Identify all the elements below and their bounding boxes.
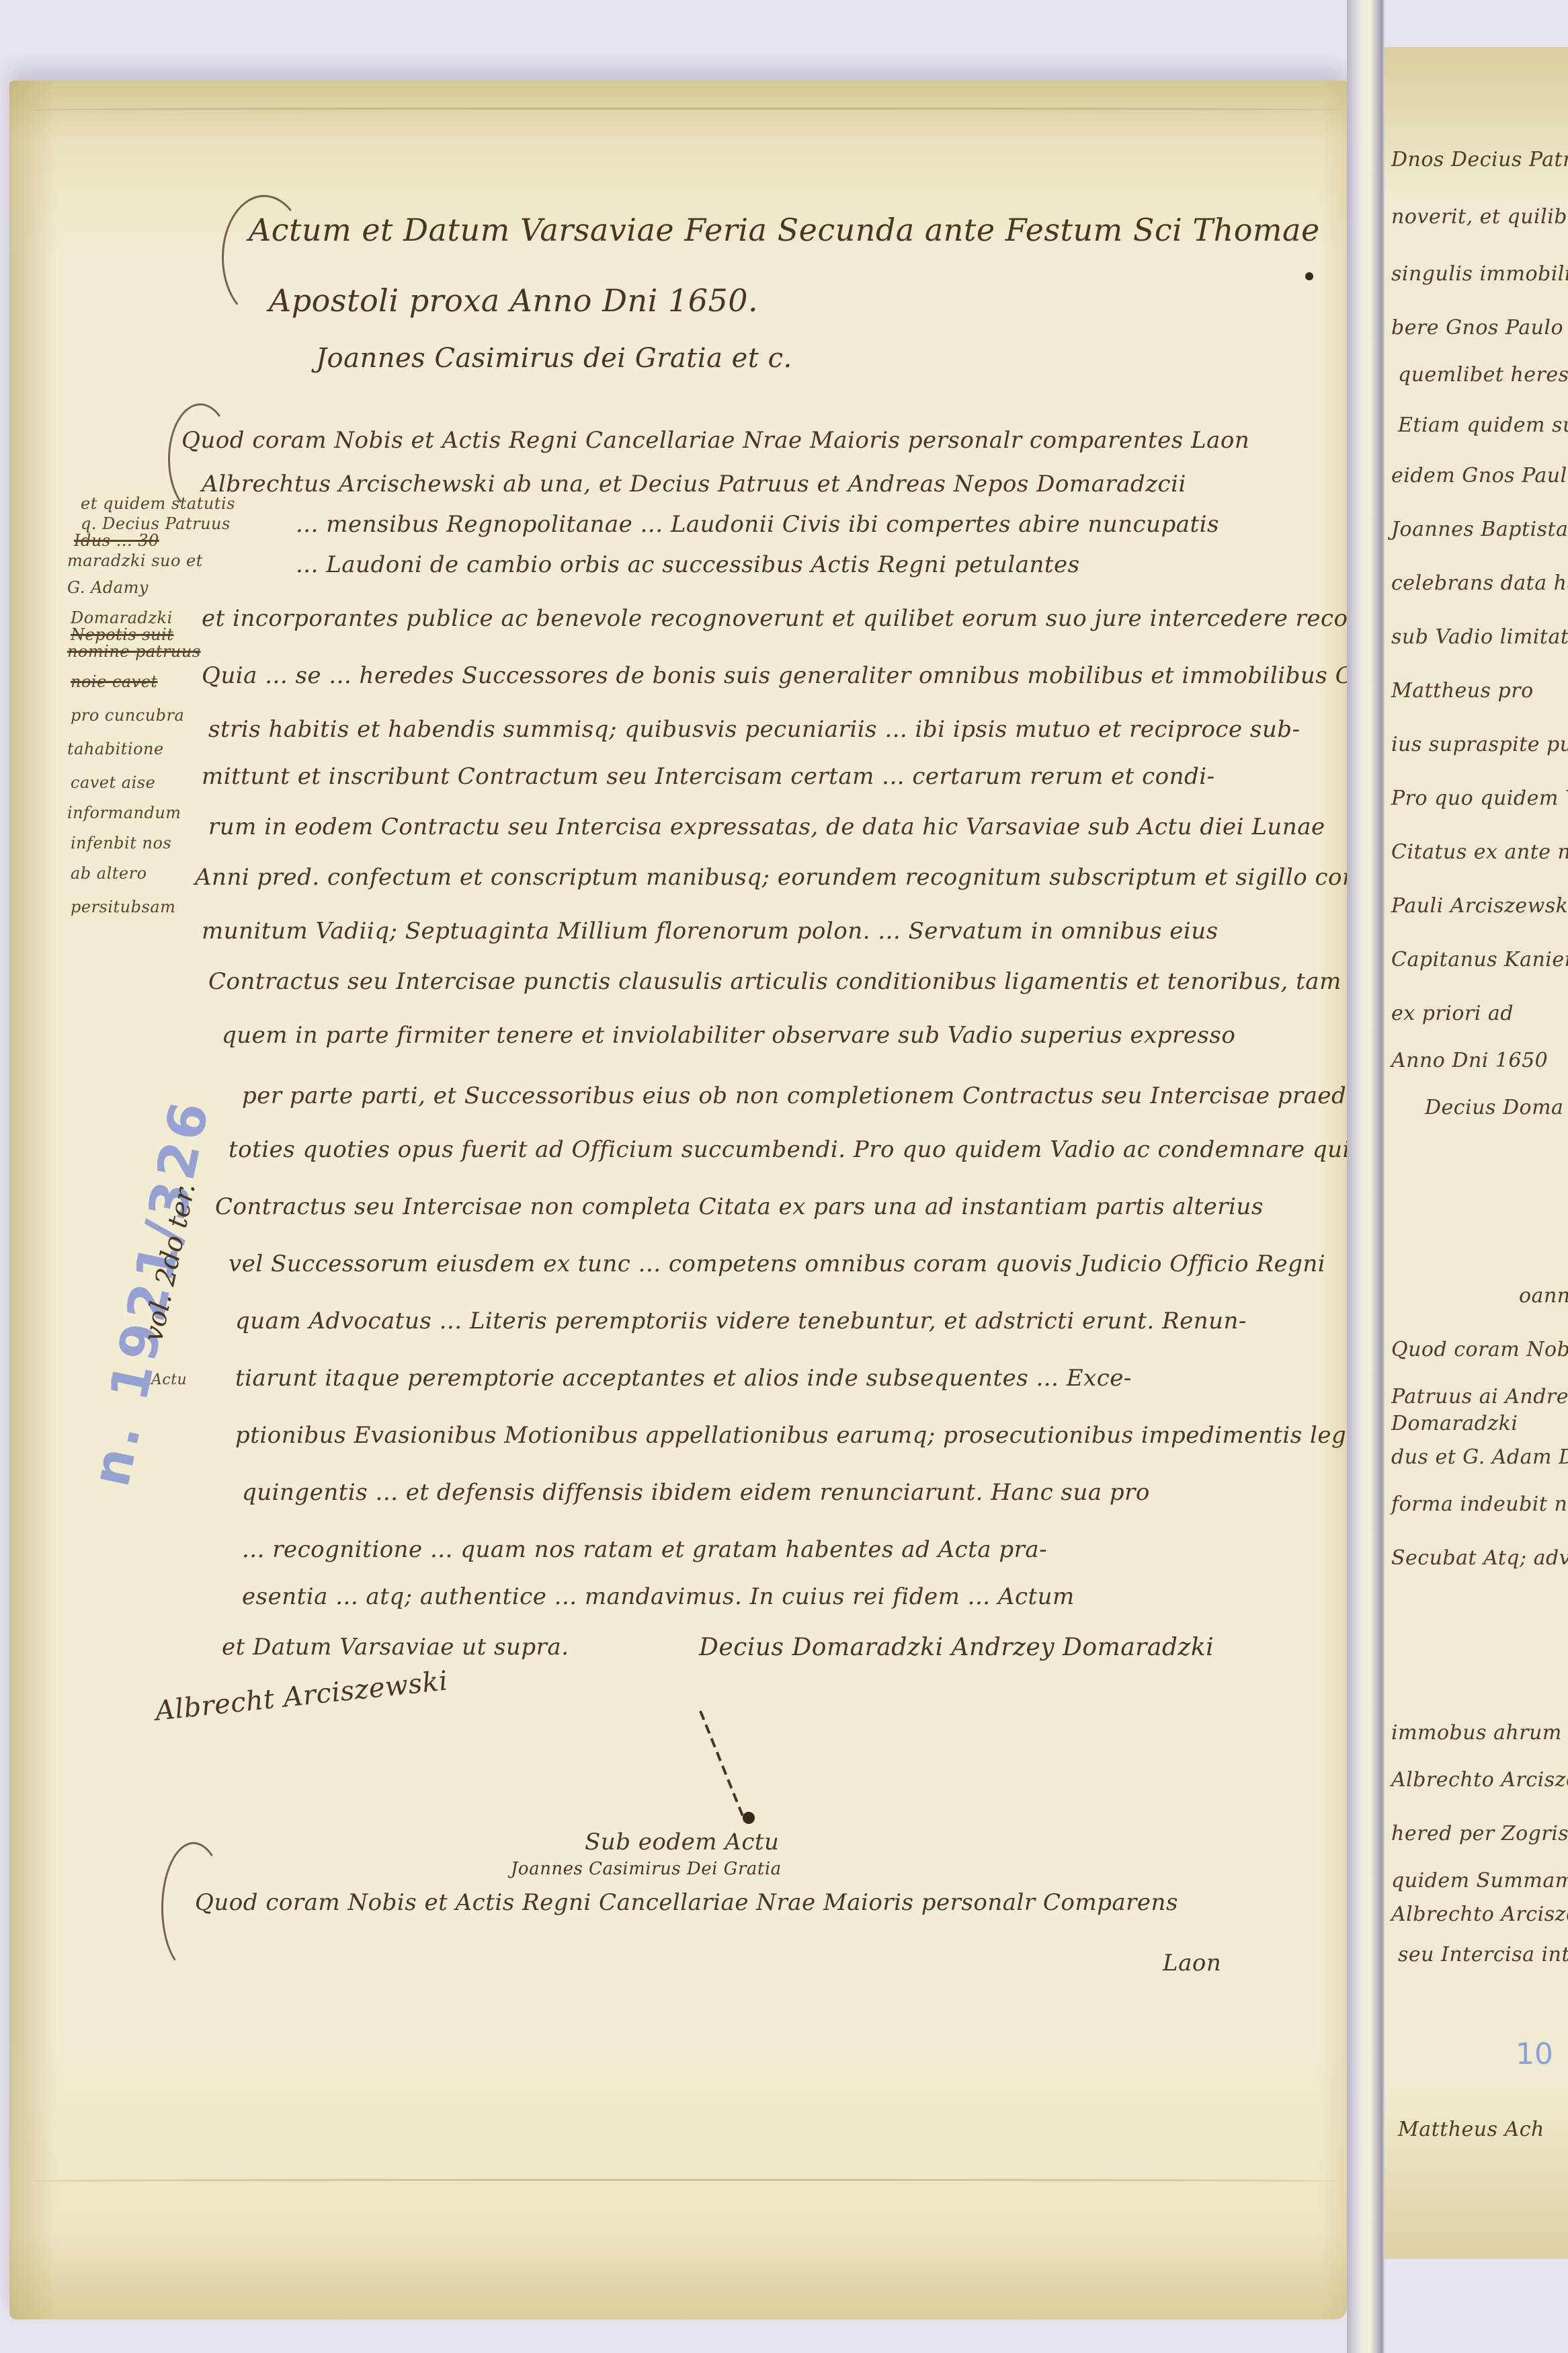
margin-note: infenbit nos (71, 834, 171, 852)
body-line: quem in parte firmiter tenere et inviola… (222, 1022, 1235, 1049)
facing-line: quemlibet heres pert (1398, 363, 1568, 387)
entry-heading-line-1: Actum et Datum Varsaviae Feria Secunda a… (249, 212, 1320, 248)
body-line: et Datum Varsaviae ut supra. (222, 1634, 569, 1661)
facing-blue-mark: 10 (1516, 2037, 1553, 2071)
body-line: ... recognitione ... quam nos ratam et g… (242, 1536, 1047, 1563)
body-line: stris habitis et habendis summisq; quibu… (208, 716, 1301, 743)
facing-line: forma indeubit noe (1391, 1492, 1568, 1516)
margin-note: ab altero (71, 864, 147, 883)
margin-note: G. Adamy (67, 578, 149, 597)
facing-line: oanne (1519, 1284, 1568, 1308)
margin-note: et quidem statutis (81, 494, 235, 513)
entry-heading-line-3: Joannes Casimirus dei Gratia et c. (316, 343, 792, 374)
facing-line: Patruus ai Andrea (1391, 1385, 1568, 1408)
facing-line: celebrans data habere (1391, 571, 1568, 595)
facing-line: sub Vadio limitatum (1391, 625, 1568, 649)
initial-q-flourish-2 (161, 1842, 226, 1974)
facing-line: Etiam quidem summa (1398, 413, 1568, 437)
facing-line: Quod coram Nobis et (1391, 1338, 1568, 1361)
facing-line: ex priori ad (1391, 1002, 1514, 1025)
facing-line: Domaradzki (1391, 1412, 1518, 1435)
margin-note-struck: Idus ... 30 (74, 531, 159, 550)
second-entry-subheading: Sub eodem Actu (585, 1829, 779, 1856)
body-line: et incorporantes publice ac benevole rec… (202, 605, 1422, 632)
body-line: rum in eodem Contractu seu Intercisa exp… (208, 813, 1325, 840)
second-entry-interlinear: Joannes Casimirus Dei Gratia (511, 1859, 782, 1879)
ink-dot (1305, 272, 1313, 280)
margin-note: Domaradzki (71, 608, 173, 627)
facing-line: Albrechto Arciszewski (1391, 1768, 1568, 1792)
signature-domaradzki: Decius Domaradzki Andrzey Domaradzki (699, 1634, 1214, 1661)
body-line: Quia ... se ... heredes Successores de b… (202, 662, 1428, 689)
facing-line: Capitanus Kaniensis (1391, 948, 1568, 971)
margin-note: persitubsam (71, 898, 175, 916)
facing-line: seu Intercisa inter (1398, 1943, 1568, 1966)
water-stain-top (30, 108, 1340, 114)
facing-line: Albrechto Arciszews (1391, 1903, 1568, 1926)
entry-heading-line-2: Apostoli proxa Anno Dni 1650. (269, 282, 758, 319)
body-line: esentia ... atq; authentice ... mandavim… (242, 1583, 1075, 1610)
margin-note: cavet aise (71, 773, 155, 792)
body-line: Contractus seu Intercisae non completa C… (215, 1193, 1264, 1220)
facing-catchword: Mattheus Ach (1398, 2118, 1544, 2141)
facing-line: ius supraspite puishs (1391, 733, 1568, 756)
body-line: Contractus seu Intercisae punctis clausu… (208, 968, 1376, 995)
margin-note-struck: noie cavet (71, 672, 158, 691)
body-line: Anni pred. confectum et conscriptum mani… (195, 864, 1372, 891)
margin-note: q. Decius Patruus (81, 514, 231, 533)
facing-line: Citatus ex ante nem (1391, 840, 1568, 864)
margin-note: maradzki suo et (67, 551, 203, 570)
catchword: Laon (1163, 1950, 1221, 1977)
margin-note: informandum (67, 803, 181, 822)
ink-blot (743, 1812, 755, 1824)
body-line: toties quoties opus fuerit ad Officium s… (229, 1136, 1404, 1163)
margin-note-struck: Nepotis suit (71, 625, 173, 644)
body-line: mittunt et inscribunt Contractum seu Int… (202, 763, 1215, 790)
facing-line: hered per Zogrisko com (1391, 1822, 1568, 1845)
body-line: ... mensibus Regnopolitanae ... Laudonii… (296, 511, 1219, 538)
body-line: ptionibus Evasionibus Motionibus appella… (235, 1422, 1491, 1449)
body-line: tiarunt itaque peremptorie acceptantes e… (235, 1365, 1132, 1392)
body-line: ... Laudoni de cambio orbis ac successib… (296, 551, 1080, 578)
second-entry-first-line: Quod coram Nobis et Actis Regni Cancella… (195, 1889, 1178, 1916)
body-line: munitum Vadiiq; Septuaginta Millium flor… (202, 918, 1219, 945)
water-stain-bottom (30, 2179, 1340, 2185)
facing-line: dus et G. Adam Dom (1391, 1445, 1568, 1469)
body-line: quam Advocatus ... Literis peremptoriis … (235, 1308, 1247, 1334)
initial-a-flourish (222, 195, 306, 320)
facing-line: quidem Summam (1391, 1869, 1568, 1892)
body-line: quingentis ... et defensis diffensis ibi… (242, 1479, 1150, 1506)
body-line: Quod coram Nobis et Actis Regni Cancella… (181, 427, 1249, 454)
body-line: per parte parti, et Successoribus eius o… (242, 1082, 1405, 1109)
facing-line: Dnos Decius Patruus (1391, 148, 1568, 171)
facing-line: Joannes Baptistae in (1391, 518, 1568, 541)
margin-note-struck: nomine patruus (67, 642, 201, 661)
facing-line: Decius Doma (1425, 1096, 1563, 1119)
facing-line: Anno Dni 1650 (1391, 1049, 1548, 1072)
facing-line: Mattheus pro (1391, 679, 1534, 703)
binding-gutter (1347, 0, 1385, 2353)
margin-note: pro cuncubra (71, 706, 184, 725)
facing-line: noverit, et quilibet eorum (1391, 205, 1568, 229)
facing-line: bere Gnos Paulo Arc (1391, 316, 1568, 340)
body-line: vel Successorum eiusdem ex tunc ... comp… (229, 1250, 1325, 1277)
facing-line: Secubat Atq; adverbum (1391, 1546, 1568, 1570)
facing-line: eidem Gnos Paulo (1391, 464, 1568, 487)
facing-line: Pro quo quidem Vadio (1391, 787, 1568, 810)
margin-note: tahabitione (67, 740, 164, 758)
facing-page: Dnos Decius Patruus noverit, et quilibet… (1385, 47, 1568, 2259)
facing-line: singulis immobilibus et mob (1391, 262, 1568, 286)
facing-line: Pauli Arciszewski rel (1391, 894, 1568, 918)
body-line: Albrechtus Arcischewski ab una, et Deciu… (202, 471, 1186, 497)
small-margin-mark: Actu (151, 1371, 187, 1388)
manuscript-scan: Actum et Datum Varsaviae Feria Secunda a… (0, 0, 1568, 2353)
facing-line: immobus ahrum ctus dabit (1391, 1721, 1568, 1745)
